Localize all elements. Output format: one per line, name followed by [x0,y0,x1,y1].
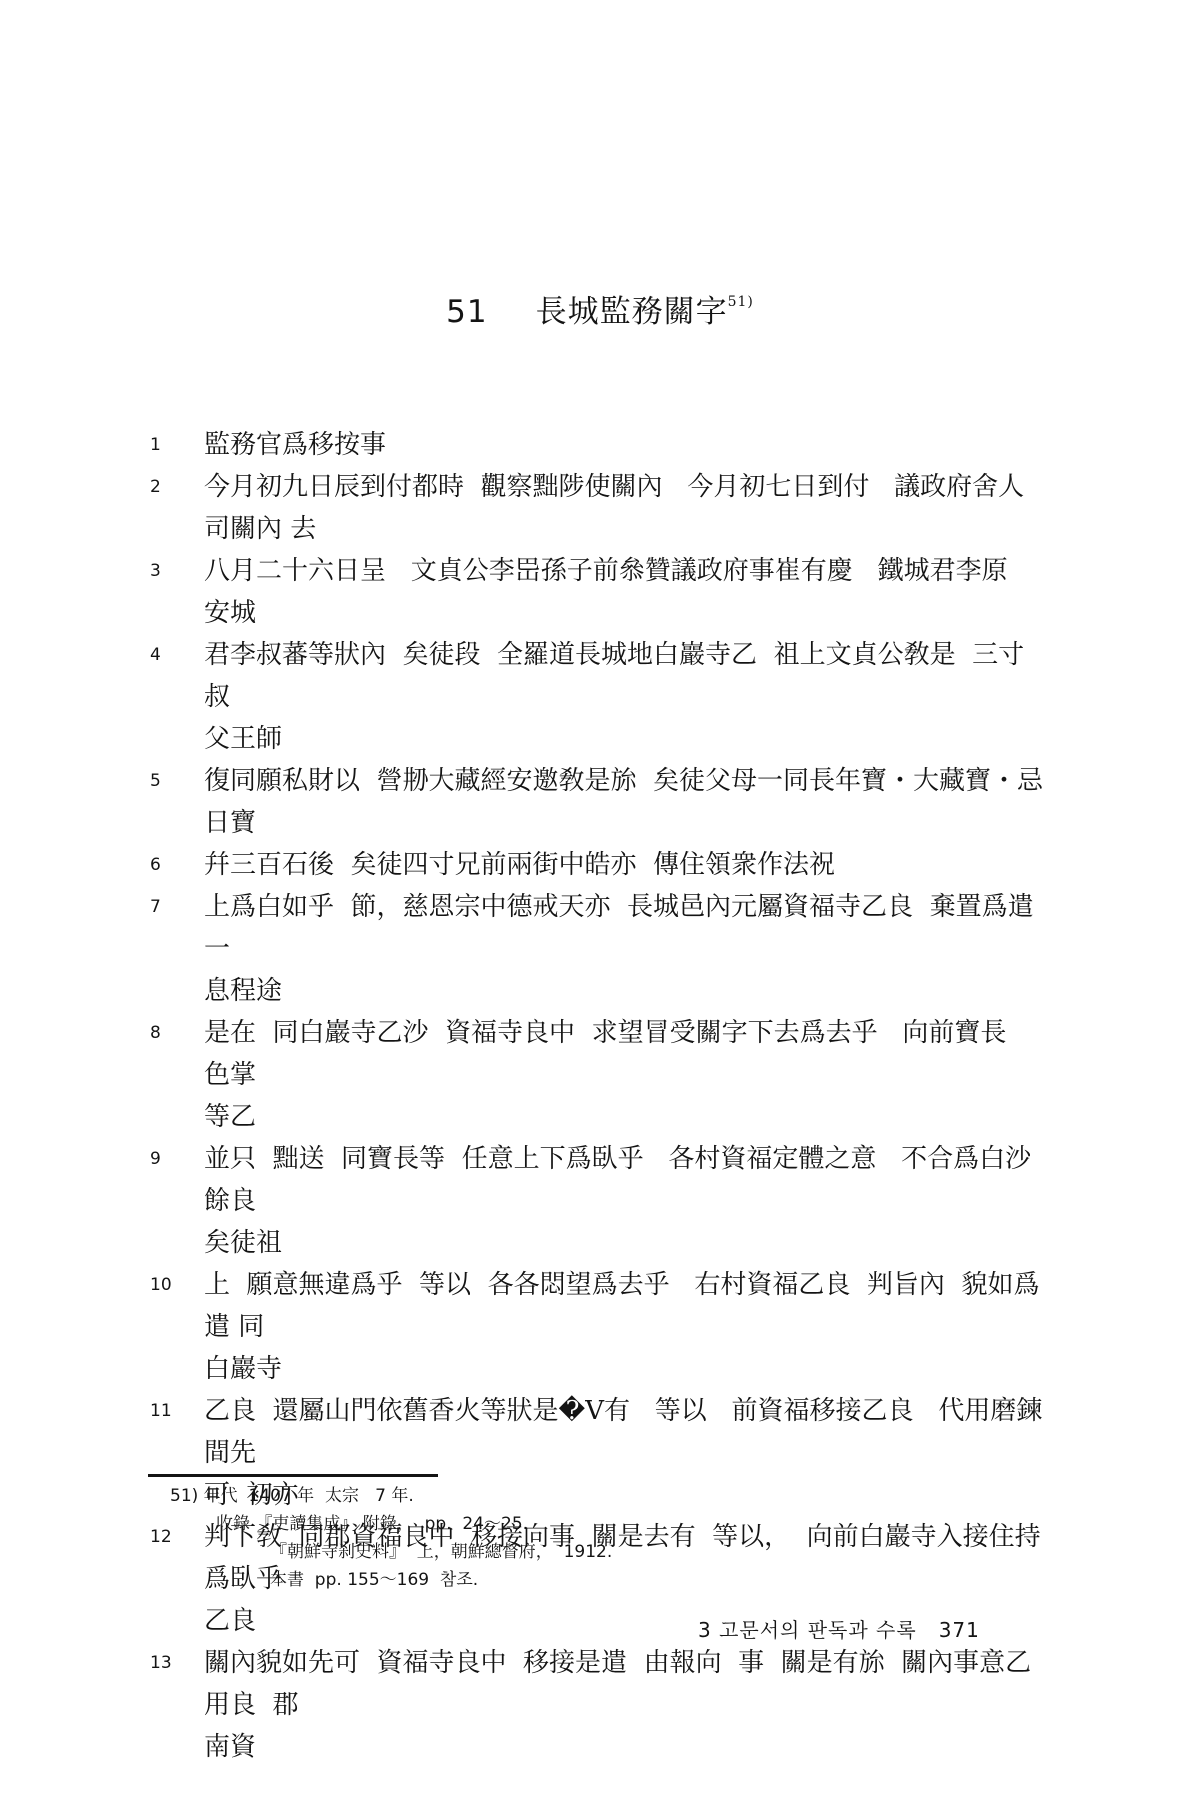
transcription-line: 1監務官爲移按事 [150,424,1050,466]
line-text: 上 願意無違爲乎 等以 各各悶望爲去乎 右村資福乙良 判旨內 貌如爲遣 同 [204,1264,1050,1348]
line-text: 上爲白如乎 節，慈恩宗中德戒天亦 長城邑內元屬資福寺乙良 棄置爲遣 一 [204,886,1050,970]
transcription-line: 8是在 同白巖寺乙沙 資福寺良中 求望冒受關字下去爲去乎 向前寶長 色掌等乙 [150,1012,1050,1138]
line-text: 乙良 還屬山門依舊香火等狀是�V有 等以 前資福移接乙良 代用磨鍊間先 [204,1390,1050,1474]
footnote-divider [148,1474,438,1477]
document-title-text: 長城監務關字 [536,294,728,330]
transcription-line: 10上 願意無違爲乎 等以 各各悶望爲去乎 右村資福乙良 判旨內 貌如爲遣 同白… [150,1264,1050,1390]
line-text-continuation: 父王師 [204,718,1050,760]
line-text: 監務官爲移按事 [204,424,1050,466]
line-text-continuation: 日寶 [204,802,1050,844]
line-text: 幷三百石後 矣徒四寸兄前兩街中皓亦 傳住領衆作法祝 [204,844,1050,886]
line-text: 是在 同白巖寺乙沙 資福寺良中 求望冒受關字下去爲去乎 向前寶長 色掌 [204,1012,1050,1096]
transcription-line: 7上爲白如乎 節，慈恩宗中德戒天亦 長城邑內元屬資福寺乙良 棄置爲遣 一息程途 [150,886,1050,1012]
line-text: 並只 黜送 同寶長等 任意上下爲臥乎 各村資福定體之意 不合爲白沙餘良 [204,1138,1050,1222]
footnote-row: 收錄 『吏讀集成』 附錄， pp. 24～25. [170,1510,612,1538]
line-number: 9 [150,1138,190,1180]
footnote-label: 51) [170,1486,198,1506]
line-text: 八月二十六日呈 文貞公李岊孫子前叅贊議政府事崔有慶 鐵城君李原 [204,550,1050,592]
document-number: 51 [446,294,487,330]
page-number: 371 [939,1618,980,1642]
line-number: 11 [150,1390,190,1432]
transcription-line: 2今月初九日辰到付都時 觀察黜陟使關內 今月初七日到付 議政府舍人司關內 去 [150,466,1050,550]
footnote-row: 年代 1407 年 太宗 7 年. [204,1486,414,1506]
line-number: 13 [150,1642,190,1684]
line-number: 1 [150,424,190,466]
line-number: 3 [150,550,190,592]
transcription-line: 5復同願私財以 營刱大藏經安邀敎是旀 矣徒父母一同長年寶・大藏寶・忌日寶 [150,760,1050,844]
line-text: 關內貌如先可 資福寺良中 移接是遣 由報向 事 關是有旀 關內事意乙用良 郡 [204,1642,1050,1726]
document-title: 51長城監務關字51) [0,286,1200,331]
transcription-line: 6幷三百石後 矣徒四寸兄前兩街中皓亦 傳住領衆作法祝 [150,844,1050,886]
line-text-continuation: 司關內 去 [204,508,1050,550]
chapter-title: 3 고문서의 판독과 수록 [698,1618,917,1642]
line-text-continuation: 安城 [204,592,1050,634]
line-text: 復同願私財以 營刱大藏經安邀敎是旀 矣徒父母一同長年寶・大藏寶・忌 [204,760,1050,802]
transcription-line: 4君李叔蕃等狀內 矣徒段 全羅道長城地白巖寺乙 祖上文貞公敎是 三寸叔父王師 [150,634,1050,760]
footnote: 51) 年代 1407 年 太宗 7 年. 收錄 『吏讀集成』 附錄， pp. … [170,1482,612,1594]
page-footer: 3 고문서의 판독과 수록371 [698,1614,980,1643]
line-text-continuation: 等乙 [204,1096,1050,1138]
line-text: 今月初九日辰到付都時 觀察黜陟使關內 今月初七日到付 議政府舍人 [204,466,1050,508]
transcription-line: 3八月二十六日呈 文貞公李岊孫子前叅贊議政府事崔有慶 鐵城君李原安城 [150,550,1050,634]
transcription-line: 9並只 黜送 同寶長等 任意上下爲臥乎 各村資福定體之意 不合爲白沙餘良矣徒祖 [150,1138,1050,1264]
line-text: 君李叔蕃等狀內 矣徒段 全羅道長城地白巖寺乙 祖上文貞公敎是 三寸叔 [204,634,1050,718]
line-number: 8 [150,1012,190,1054]
line-text-continuation: 息程途 [204,970,1050,1012]
line-number: 10 [150,1264,190,1306]
footnote-row: 『朝鮮寺刹史料』 上，朝鮮總督府， 1912. [170,1538,612,1566]
footnote-reference: 51) [728,294,754,310]
line-number: 4 [150,634,190,676]
footnote-row: 本書 pp. 155～169 참조. [170,1566,612,1594]
line-number: 6 [150,844,190,886]
line-text-continuation: 南資 [204,1726,1050,1768]
line-number: 2 [150,466,190,508]
line-number: 5 [150,760,190,802]
line-text-continuation: 矣徒祖 [204,1222,1050,1264]
line-text-continuation: 白巖寺 [204,1348,1050,1390]
line-number: 7 [150,886,190,928]
transcription-line: 13關內貌如先可 資福寺良中 移接是遣 由報向 事 關是有旀 關內事意乙用良 郡… [150,1642,1050,1768]
